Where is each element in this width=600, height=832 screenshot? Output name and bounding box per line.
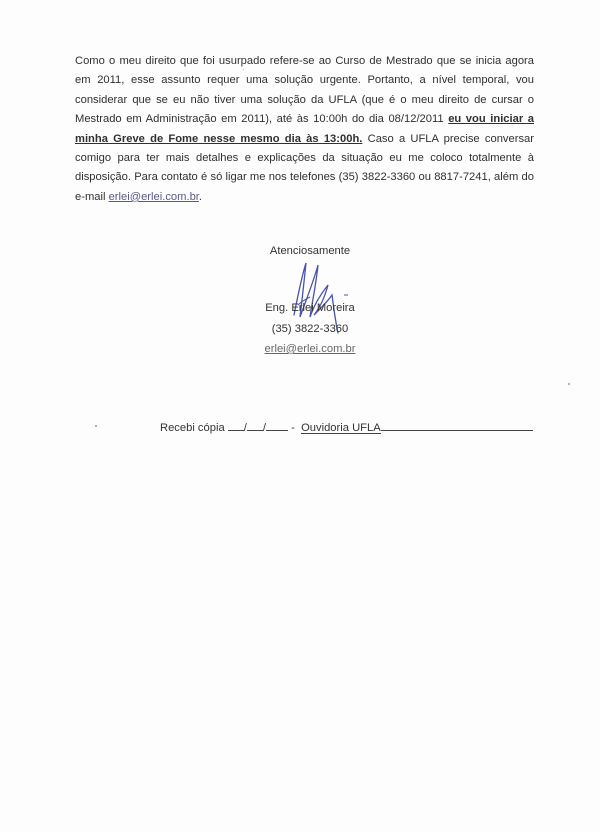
- paragraph-line: comigo para ter mais detalhes e explicaç…: [75, 149, 534, 168]
- paragraph-line: considerar que se eu não tiver uma soluç…: [75, 91, 534, 110]
- receipt-dash: -: [288, 422, 301, 434]
- month-blank: [247, 419, 263, 431]
- letter-paragraph: Como o meu direito que foi usurpado refe…: [75, 52, 534, 207]
- hunger-strike-emphasis-2: minha Greve de Fome nesse mesmo dia às 1…: [75, 133, 362, 145]
- paragraph-line: Como o meu direito que foi usurpado refe…: [75, 52, 534, 71]
- paragraph-line: disposição. Para contato é só ligar me n…: [75, 168, 534, 187]
- contact-offer-text: Caso a UFLA precise conversar: [362, 133, 534, 145]
- email-link[interactable]: erlei@erlei.com.br: [109, 191, 199, 203]
- year-blank: [266, 419, 288, 431]
- office-label: Ouvidoria UFLA: [301, 422, 381, 434]
- paragraph-line: em 2011, esse assunto requer uma solução…: [75, 71, 534, 90]
- day-blank: [228, 419, 244, 431]
- scanned-page: Como o meu direito que foi usurpado refe…: [0, 0, 600, 832]
- scan-speck: [568, 383, 570, 385]
- email-prefix: e-mail: [75, 191, 109, 203]
- signer-phone: (35) 3822-3360: [240, 323, 380, 335]
- receipt-line: Recebi cópia // - Ouvidoria UFLA: [160, 419, 533, 434]
- receipt-label: Recebi cópia: [160, 422, 228, 434]
- signature-blank: [381, 419, 533, 431]
- deadline-text: Mestrado em Administração em 2011), até …: [75, 113, 448, 125]
- scan-speck: [243, 69, 244, 70]
- paragraph-line: minha Greve de Fome nesse mesmo dia às 1…: [75, 130, 534, 149]
- signer-name: Eng. Erlei Moreira: [240, 302, 380, 314]
- paragraph-line: e-mail erlei@erlei.com.br.: [75, 188, 534, 207]
- email-suffix: .: [199, 191, 202, 203]
- signer-email-link[interactable]: erlei@erlei.com.br: [240, 343, 380, 355]
- scan-speck: [95, 425, 97, 427]
- paragraph-line: Mestrado em Administração em 2011), até …: [75, 110, 534, 129]
- hunger-strike-emphasis-1: eu vou iniciar a: [448, 113, 534, 125]
